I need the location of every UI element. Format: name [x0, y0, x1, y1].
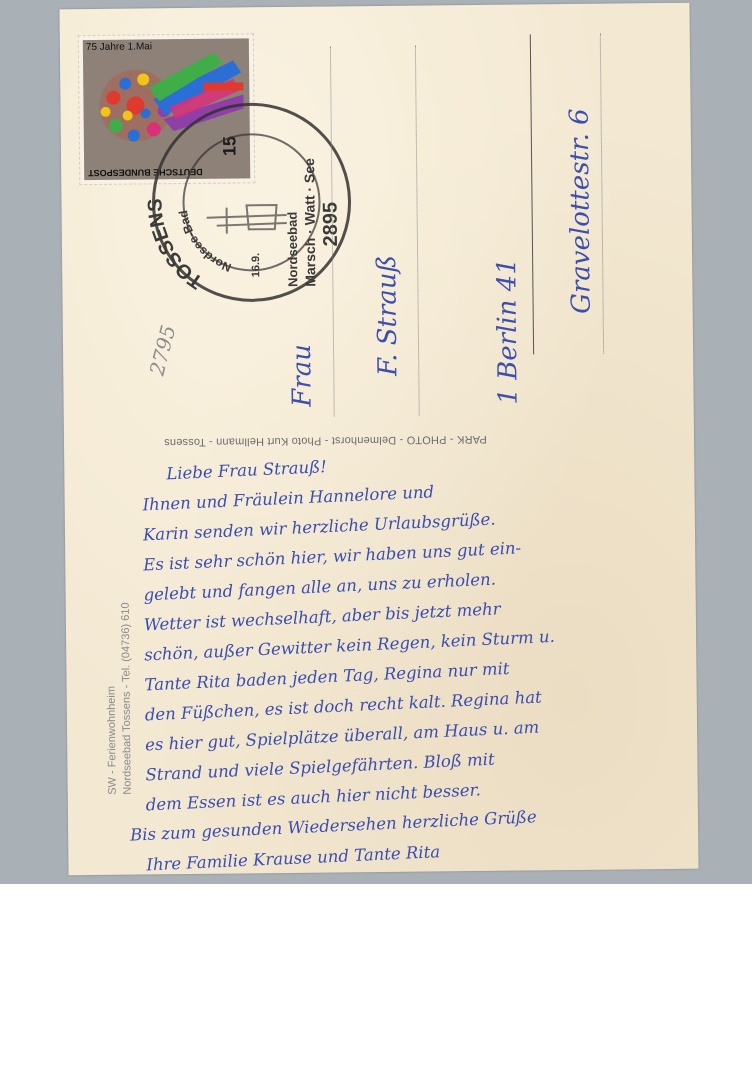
postcard: 75 Jahre 1.Mai 15 DEUTSCHE BUNDESPOST TO… [59, 3, 698, 876]
postmark-date: 16.9. [250, 253, 262, 278]
address-rule-3 [530, 34, 534, 354]
address-line-4: Gravelottestr. 6 [565, 108, 597, 314]
stamp-title: 75 Jahre 1.Mai [86, 41, 152, 53]
address-line-2: F. Strauß [372, 255, 403, 376]
handwritten-message: Liebe Frau Strauß! Ihnen und Fräulein Ha… [142, 455, 691, 881]
address-rule-4 [600, 34, 604, 354]
address-line-3: 1 Berlin 41 [492, 258, 524, 405]
pencil-note: 2795 [145, 323, 181, 378]
postmark: TOSSENS Nordsee-Bad 16.9. Nordseebad Mar… [145, 96, 357, 308]
photo-credit: PARK - PHOTO - Delmenhorst - Photo Kurt … [164, 433, 487, 448]
address-line-1: Frau [287, 344, 318, 407]
postmark-slogan-2: Marsch · Watt · See [301, 158, 318, 287]
address-rule-2 [415, 46, 420, 416]
lighthouse-icon [207, 205, 287, 234]
sender-imprint: SW - Ferienwohnheim Nordseebad Tossens -… [104, 602, 136, 795]
sender-imprint-line-2: Nordseebad Tossens - Tel. (04736) 610 [119, 602, 136, 794]
postmark-slogan-1: Nordseebad [285, 212, 301, 287]
